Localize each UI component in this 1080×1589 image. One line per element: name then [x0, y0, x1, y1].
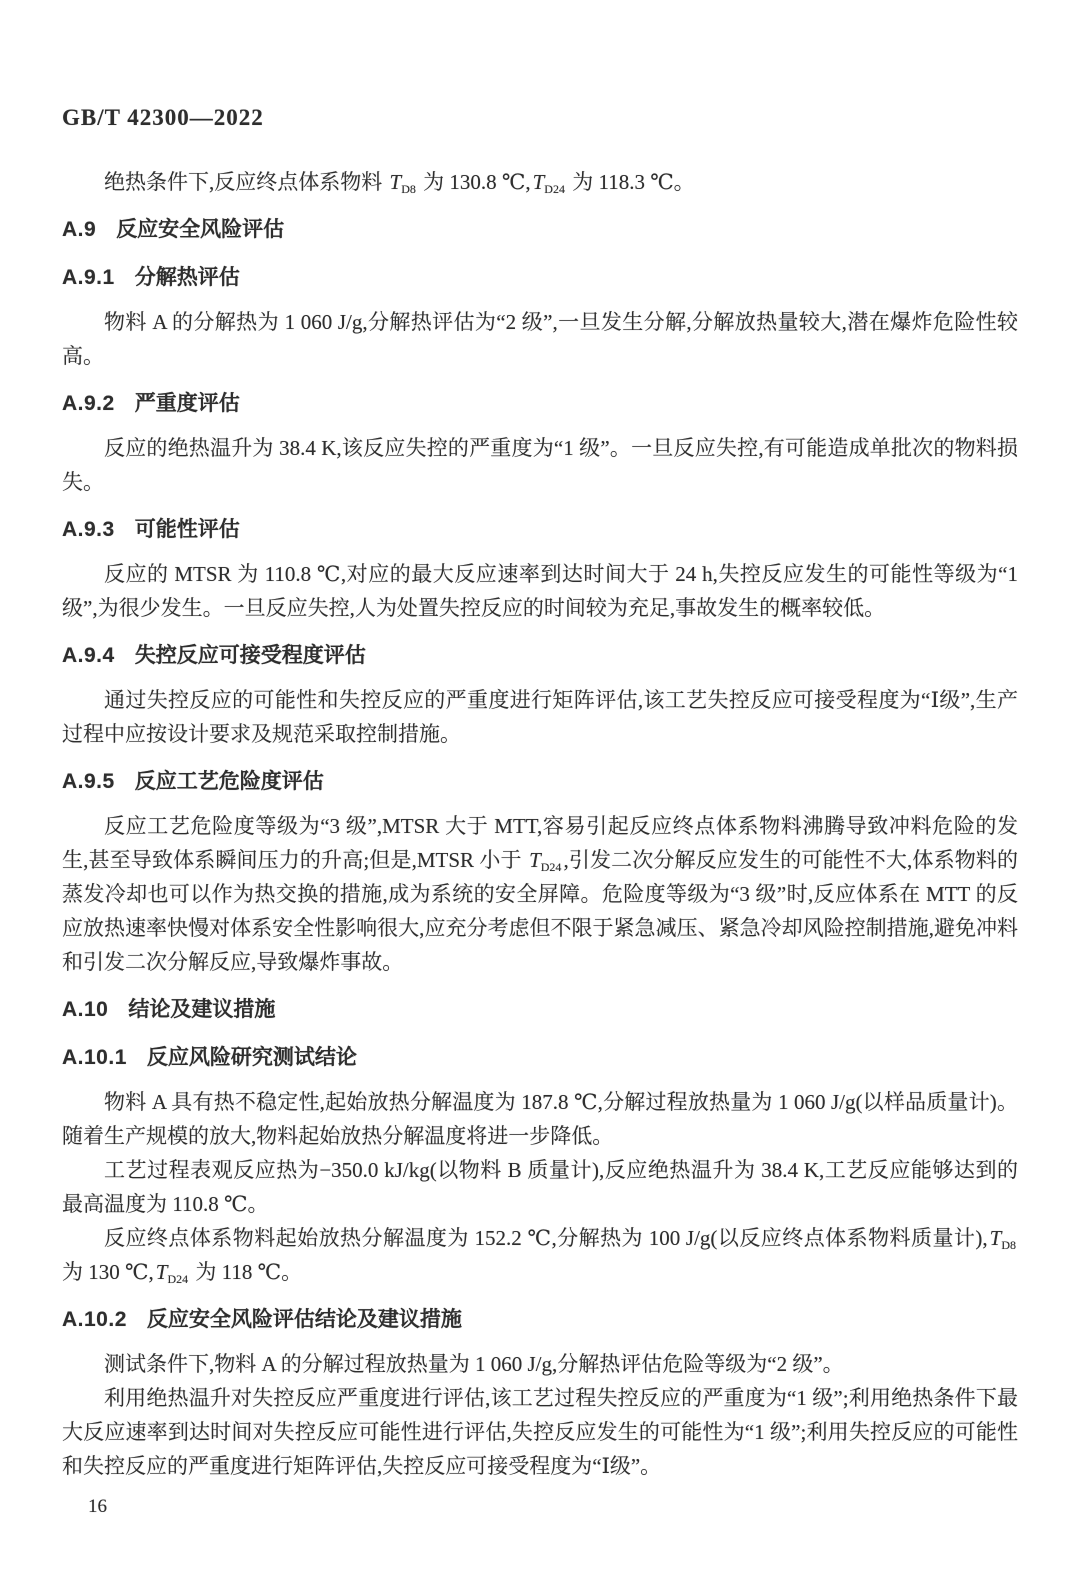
- section-heading: A.9.4失控反应可接受程度评估: [62, 639, 1018, 673]
- text-run: 为 130.8 ℃,: [418, 170, 531, 194]
- math-variable: T: [531, 170, 545, 194]
- section-title: 反应工艺危险度评估: [135, 770, 324, 793]
- paragraph: 物料 A 的分解热为 1 060 J/g,分解热评估为“2 级”,一旦发生分解,…: [62, 305, 1018, 373]
- math-subscript: D24: [544, 182, 567, 196]
- paragraph: 绝热条件下,反应终点体系物料 TD8 为 130.8 ℃,TD24 为 118.…: [62, 165, 1018, 199]
- text-run: 物料 A 的分解热为 1 060 J/g,分解热评估为“2 级”,一旦发生分解,…: [62, 310, 1018, 368]
- section-title: 反应安全风险评估: [116, 218, 284, 241]
- text-run: 测试条件下,物料 A 的分解过程放热量为 1 060 J/g,分解热评估危险等级…: [104, 1352, 844, 1376]
- section-title: 反应安全风险评估结论及建议措施: [147, 1308, 462, 1331]
- section-number: A.9: [62, 218, 96, 241]
- math-variable: T: [527, 848, 541, 872]
- text-run: 物料 A 具有热不稳定性,起始放热分解温度为 187.8 ℃,分解过程放热量为 …: [62, 1090, 1018, 1148]
- text-run: 反应的绝热温升为 38.4 K,该反应失控的严重度为“1 级”。一旦反应失控,有…: [62, 436, 1018, 494]
- section-heading: A.9.5反应工艺危险度评估: [62, 765, 1018, 799]
- section-heading: A.9.1分解热评估: [62, 261, 1018, 295]
- section-title: 失控反应可接受程度评估: [135, 644, 366, 667]
- text-run: 为 118.3 ℃。: [567, 170, 695, 194]
- section-number: A.9.1: [62, 266, 115, 289]
- standard-code-header: GB/T 42300—2022: [62, 105, 1018, 131]
- section-number: A.10.2: [62, 1308, 127, 1331]
- math-subscript: D24: [167, 1272, 190, 1286]
- section-title: 结论及建议措施: [128, 998, 275, 1021]
- math-subscript: D8: [401, 182, 418, 196]
- text-run: 工艺过程表观反应热为−350.0 kJ/kg(以物料 B 质量计),反应绝热温升…: [62, 1158, 1018, 1216]
- section-heading: A.9.3可能性评估: [62, 513, 1018, 547]
- section-number: A.9.5: [62, 770, 115, 793]
- section-heading: A.10结论及建议措施: [62, 993, 1018, 1027]
- section-heading: A.9反应安全风险评估: [62, 213, 1018, 247]
- document-body: 绝热条件下,反应终点体系物料 TD8 为 130.8 ℃,TD24 为 118.…: [62, 165, 1018, 1483]
- section-heading: A.10.2反应安全风险评估结论及建议措施: [62, 1303, 1018, 1337]
- section-heading: A.10.1反应风险研究测试结论: [62, 1041, 1018, 1075]
- page-footer: 16: [62, 1495, 1018, 1519]
- math-subscript: D24: [541, 860, 564, 874]
- page-number: 16: [88, 1496, 107, 1517]
- text-run: 反应终点体系物料起始放热分解温度为 152.2 ℃,分解热为 100 J/g(以…: [104, 1226, 988, 1250]
- section-number: A.9.2: [62, 392, 115, 415]
- section-number: A.10.1: [62, 1046, 127, 1069]
- paragraph: 工艺过程表观反应热为−350.0 kJ/kg(以物料 B 质量计),反应绝热温升…: [62, 1153, 1018, 1221]
- section-title: 分解热评估: [135, 266, 240, 289]
- text-run: 绝热条件下,反应终点体系物料: [104, 170, 388, 194]
- section-title: 可能性评估: [135, 518, 240, 541]
- document-page: GB/T 42300—2022 绝热条件下,反应终点体系物料 TD8 为 130…: [0, 0, 1080, 1589]
- section-title: 严重度评估: [135, 392, 240, 415]
- text-run: 为 118 ℃。: [190, 1260, 302, 1284]
- math-variable: T: [154, 1260, 168, 1284]
- section-number: A.9.4: [62, 644, 115, 667]
- section-number: A.10: [62, 998, 108, 1021]
- section-title: 反应风险研究测试结论: [147, 1046, 357, 1069]
- section-heading: A.9.2严重度评估: [62, 387, 1018, 421]
- text-run: 利用绝热温升对失控反应严重度进行评估,该工艺过程失控反应的严重度为“1 级”;利…: [62, 1386, 1018, 1478]
- math-variable: T: [988, 1226, 1002, 1250]
- text-run: 通过失控反应的可能性和失控反应的严重度进行矩阵评估,该工艺失控反应可接受程度为“…: [62, 688, 1018, 746]
- paragraph: 物料 A 具有热不稳定性,起始放热分解温度为 187.8 ℃,分解过程放热量为 …: [62, 1085, 1018, 1153]
- math-subscript: D8: [1001, 1238, 1018, 1252]
- text-run: 反应的 MTSR 为 110.8 ℃,对应的最大反应速率到达时间大于 24 h,…: [62, 562, 1018, 620]
- paragraph: 通过失控反应的可能性和失控反应的严重度进行矩阵评估,该工艺失控反应可接受程度为“…: [62, 683, 1018, 751]
- paragraph: 反应终点体系物料起始放热分解温度为 152.2 ℃,分解热为 100 J/g(以…: [62, 1221, 1018, 1289]
- section-number: A.9.3: [62, 518, 115, 541]
- paragraph: 反应的 MTSR 为 110.8 ℃,对应的最大反应速率到达时间大于 24 h,…: [62, 557, 1018, 625]
- paragraph: 反应工艺危险度等级为“3 级”,MTSR 大于 MTT,容易引起反应终点体系物料…: [62, 809, 1018, 979]
- paragraph: 反应的绝热温升为 38.4 K,该反应失控的严重度为“1 级”。一旦反应失控,有…: [62, 431, 1018, 499]
- paragraph: 利用绝热温升对失控反应严重度进行评估,该工艺过程失控反应的严重度为“1 级”;利…: [62, 1381, 1018, 1483]
- text-run: 为 130 ℃,: [62, 1260, 154, 1284]
- paragraph: 测试条件下,物料 A 的分解过程放热量为 1 060 J/g,分解热评估危险等级…: [62, 1347, 1018, 1381]
- math-variable: T: [388, 170, 402, 194]
